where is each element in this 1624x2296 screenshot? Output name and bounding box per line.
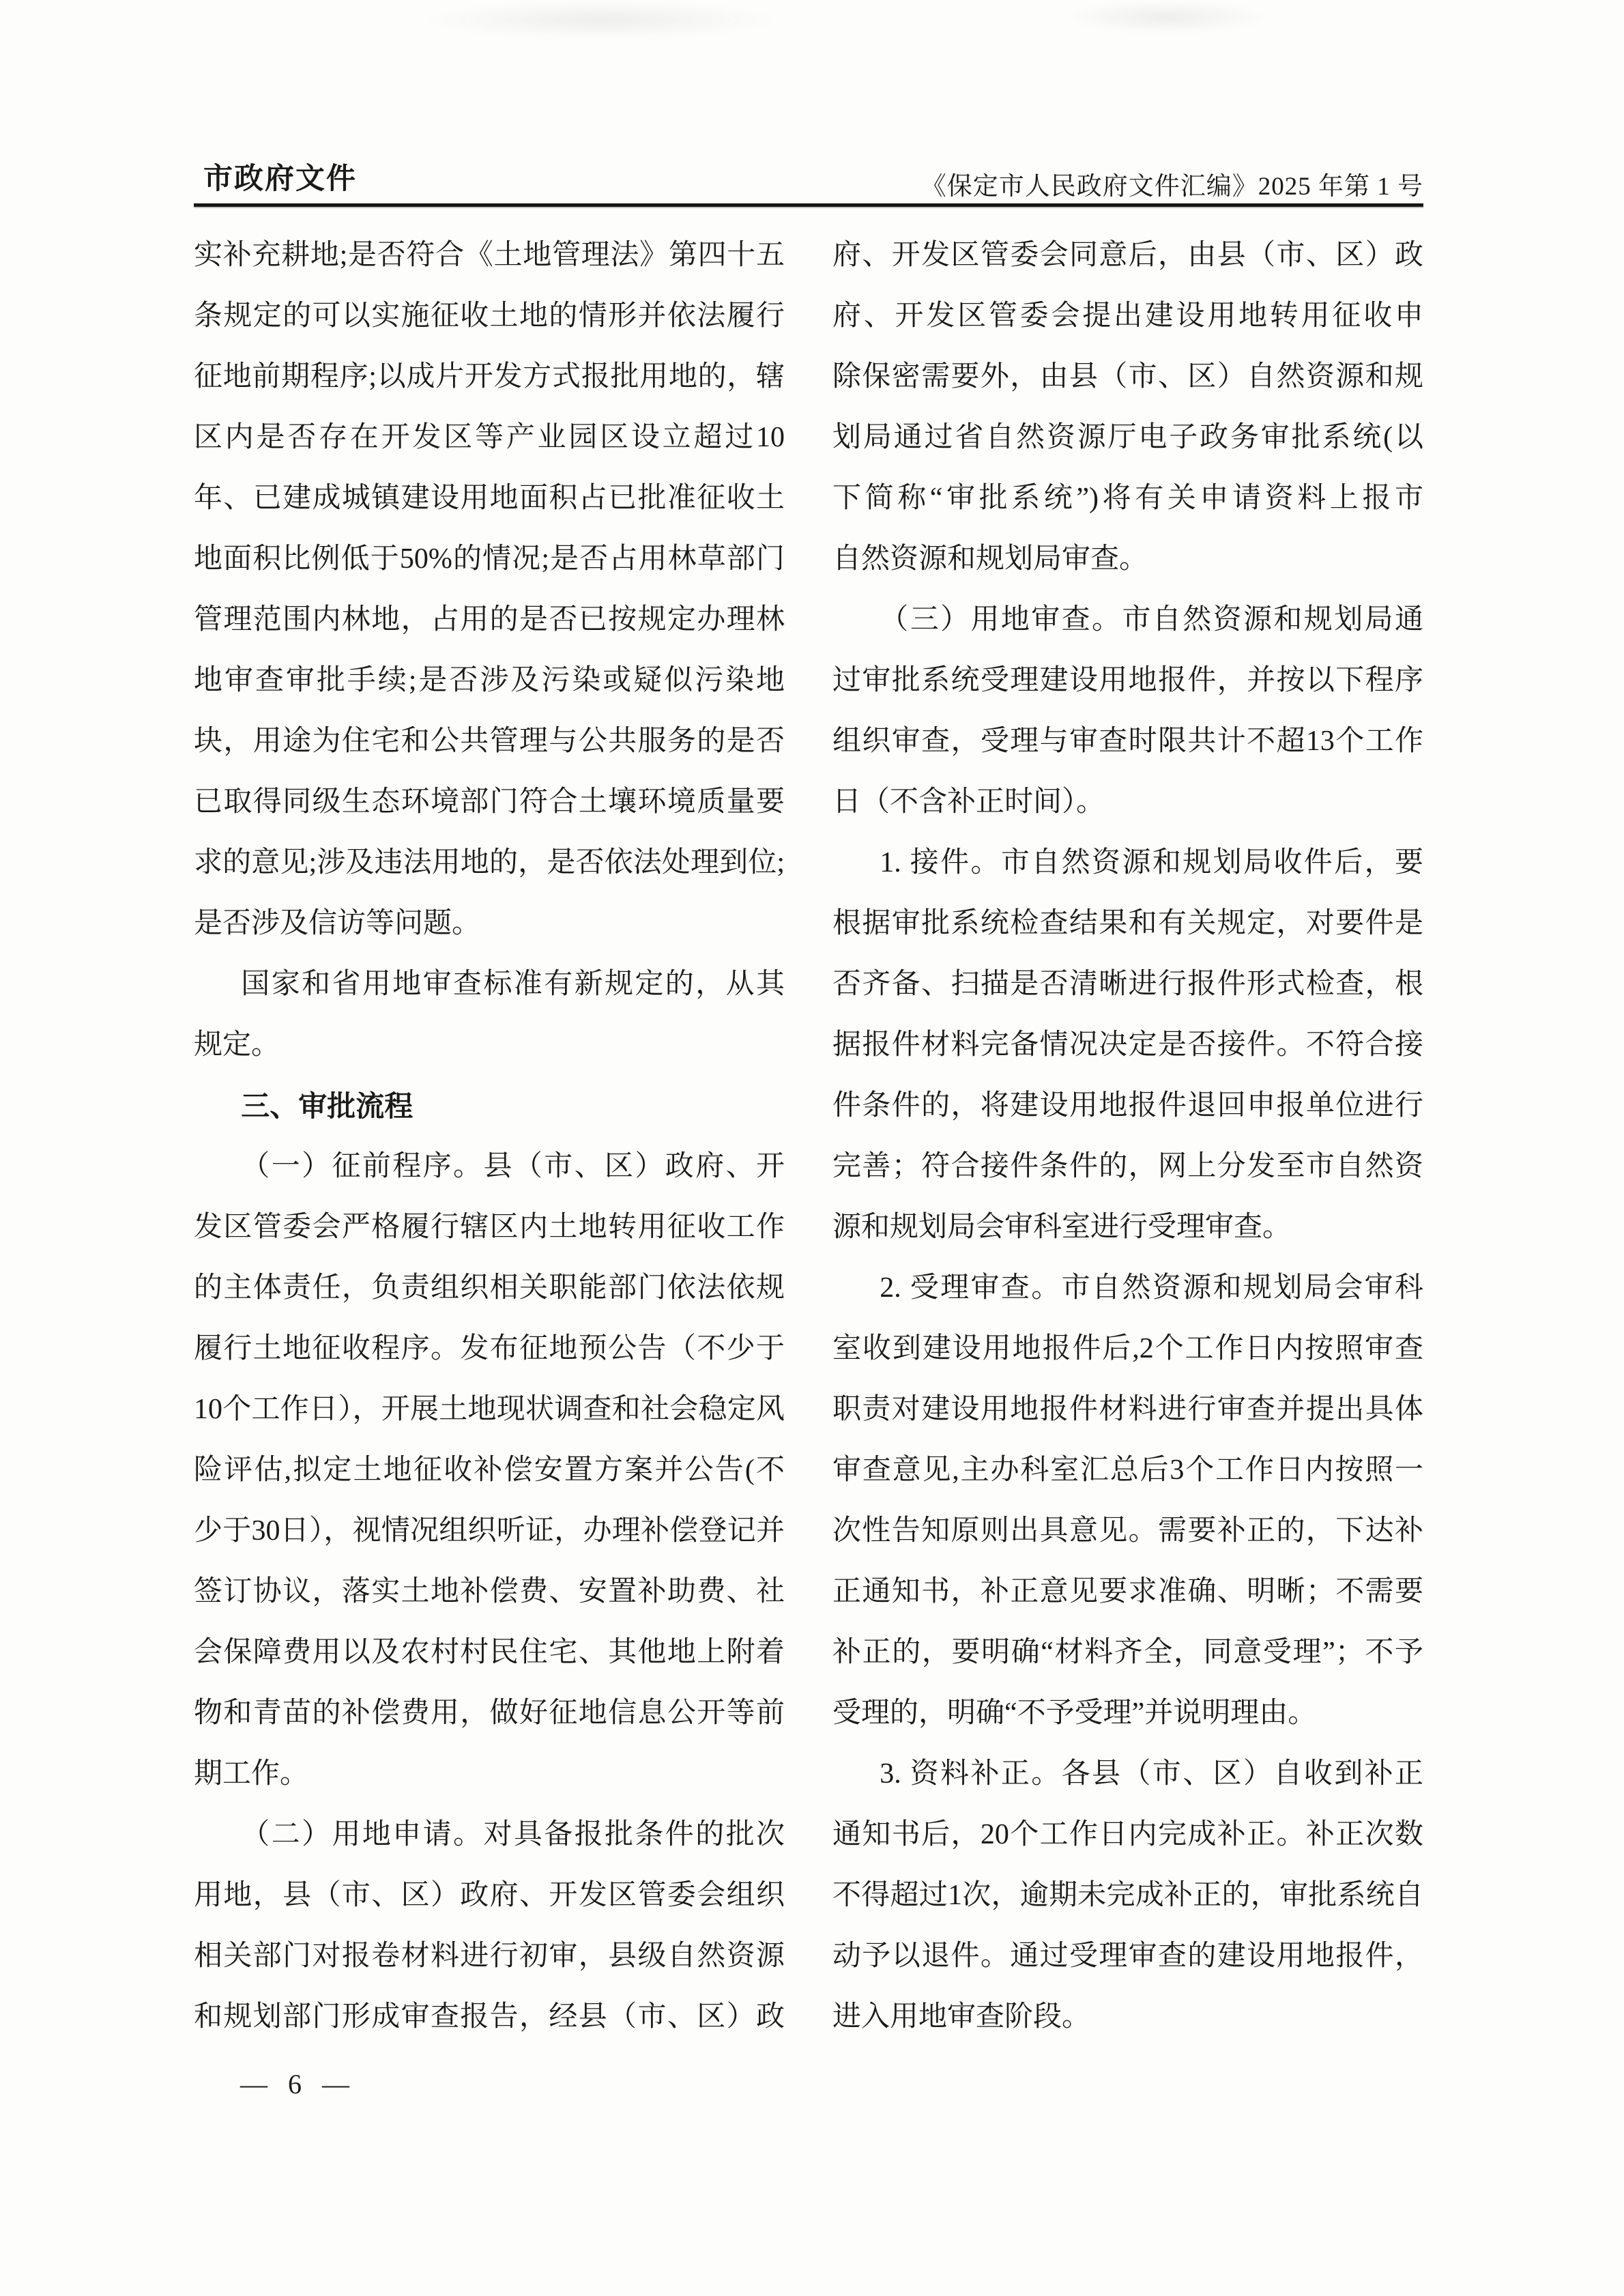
text-line: 组织审查，受理与审查时限共计不超13个工作 <box>832 711 1423 772</box>
text-line: 动予以退件。通过受理审查的建设用地报件， <box>832 1926 1423 1987</box>
scan-smudge <box>1064 0 1269 34</box>
text-line: 自然资源和规划局审查。 <box>832 529 1423 590</box>
column-left: 实补充耕地;是否符合《土地管理法》第四十五条规定的可以实施征收土地的情形并依法履… <box>194 225 785 2048</box>
text-line: 完善；符合接件条件的，网上分发至市自然资 <box>832 1136 1423 1197</box>
text-line: 区内是否存在开发区等产业园区设立超过10 <box>194 407 785 468</box>
text-line: 审查意见,主办科室汇总后3个工作日内按照一 <box>832 1440 1423 1501</box>
text-line: 实补充耕地;是否符合《土地管理法》第四十五 <box>194 225 785 286</box>
text-line: 过审批系统受理建设用地报件，并按以下程序 <box>832 650 1423 711</box>
text-line: 1. 接件。市自然资源和规划局收件后，要 <box>832 833 1423 893</box>
text-line: 下简称“审批系统”)将有关申请资料上报市 <box>832 468 1423 529</box>
text-line: 职责对建设用地报件材料进行审查并提出具体 <box>832 1379 1423 1440</box>
text-line: 用地，县（市、区）政府、开发区管委会组织 <box>194 1865 785 1926</box>
text-line: 物和青苗的补偿费用，做好征地信息公开等前 <box>194 1683 785 1744</box>
text-line: 源和规划局会审科室进行受理审查。 <box>832 1197 1423 1258</box>
text-line: 求的意见;涉及违法用地的，是否依法处理到位; <box>194 833 785 893</box>
text-line: 国家和省用地审查标准有新规定的，从其 <box>194 954 785 1015</box>
text-line: 履行土地征收程序。发布征地预公告（不少于 <box>194 1319 785 1379</box>
text-line: 府、开发区管委会同意后，由县（市、区）政 <box>832 225 1423 286</box>
header-left-title: 市政府文件 <box>203 156 357 197</box>
text-line: 规定。 <box>194 1015 785 1076</box>
text-line: （二）用地申请。对具备报批条件的批次 <box>194 1805 785 1865</box>
text-line: 少于30日），视情况组织听证，办理补偿登记并 <box>194 1501 785 1562</box>
text-line: 划局通过省自然资源厅电子政务审批系统(以 <box>832 407 1423 468</box>
document-body: 实补充耕地;是否符合《土地管理法》第四十五条规定的可以实施征收土地的情形并依法履… <box>194 225 1423 2048</box>
text-line: 补正的，要明确“材料齐全，同意受理”；不予 <box>832 1622 1423 1683</box>
text-line: 的主体责任，负责组织相关职能部门依法依规 <box>194 1258 785 1319</box>
text-line: 据报件材料完备情况决定是否接件。不符合接 <box>832 1015 1423 1076</box>
text-line: 块，用途为住宅和公共管理与公共服务的是否 <box>194 711 785 772</box>
text-line: 管理范围内林地，占用的是否已按规定办理林 <box>194 590 785 650</box>
column-right: 府、开发区管委会同意后，由县（市、区）政府、开发区管委会提出建设用地转用征收申请… <box>832 225 1423 2048</box>
text-line: 险评估,拟定土地征收补偿安置方案并公告(不 <box>194 1440 785 1501</box>
text-line: 已取得同级生态环境部门符合土壤环境质量要 <box>194 772 785 833</box>
text-line: 发区管委会严格履行辖区内土地转用征收工作 <box>194 1197 785 1258</box>
text-line: 件条件的，将建设用地报件退回申报单位进行 <box>832 1076 1423 1136</box>
text-line: 年、已建成城镇建设用地面积占已批准征收土 <box>194 468 785 529</box>
text-line: 否齐备、扫描是否清晰进行报件形式检查，根 <box>832 954 1423 1015</box>
text-line: 3. 资料补正。各县（市、区）自收到补正 <box>832 1744 1423 1805</box>
text-line: 次性告知原则出具意见。需要补正的，下达补 <box>832 1501 1423 1562</box>
text-line: 签订协议，落实土地补偿费、安置补助费、社 <box>194 1562 785 1622</box>
text-line: 2. 受理审查。市自然资源和规划局会审科 <box>832 1258 1423 1319</box>
text-line: 期工作。 <box>194 1744 785 1805</box>
text-line: 除保密需要外，由县（市、区）自然资源和规 <box>832 347 1423 407</box>
section-heading-line: 三、审批流程 <box>194 1076 785 1136</box>
text-line: 根据审批系统检查结果和有关规定，对要件是 <box>832 893 1423 954</box>
text-line: 和规划部门形成审查报告，经县（市、区）政 <box>194 1987 785 2048</box>
text-line: 10个工作日），开展土地现状调查和社会稳定风 <box>194 1379 785 1440</box>
text-line: 进入用地审查阶段。 <box>832 1987 1423 2048</box>
page-number: — 6 — <box>240 2068 353 2100</box>
text-line: 是否涉及信访等问题。 <box>194 893 785 954</box>
text-line: 室收到建设用地报件后,2个工作日内按照审查 <box>832 1319 1423 1379</box>
text-line: 会保障费用以及农村村民住宅、其他地上附着 <box>194 1622 785 1683</box>
header-right-title: 《保定市人民政府文件汇编》2025 年第 1 号 <box>921 165 1423 202</box>
text-line: 征地前期程序;以成片开发方式报批用地的，辖 <box>194 347 785 407</box>
text-line: 府、开发区管委会提出建设用地转用征收申请。 <box>832 286 1423 347</box>
header-rule <box>194 203 1423 207</box>
text-line: 地面积比例低于50%的情况;是否占用林草部门 <box>194 529 785 590</box>
text-line: 通知书后，20个工作日内完成补正。补正次数 <box>832 1805 1423 1865</box>
text-line: （三）用地审查。市自然资源和规划局通 <box>832 590 1423 650</box>
text-line: 相关部门对报卷材料进行初审，县级自然资源 <box>194 1926 785 1987</box>
document-page: 市政府文件 《保定市人民政府文件汇编》2025 年第 1 号 实补充耕地;是否符… <box>0 0 1624 2296</box>
text-line: 地审查审批手续;是否涉及污染或疑似污染地 <box>194 650 785 711</box>
text-line: 受理的，明确“不予受理”并说明理由。 <box>832 1683 1423 1744</box>
text-line: 不得超过1次，逾期未完成补正的，审批系统自 <box>832 1865 1423 1926</box>
text-line: （一）征前程序。县（市、区）政府、开 <box>194 1136 785 1197</box>
scan-smudge <box>423 0 778 40</box>
text-line: 日（不含补正时间）。 <box>832 772 1423 833</box>
text-line: 条规定的可以实施征收土地的情形并依法履行 <box>194 286 785 347</box>
text-line: 正通知书，补正意见要求准确、明晰；不需要 <box>832 1562 1423 1622</box>
